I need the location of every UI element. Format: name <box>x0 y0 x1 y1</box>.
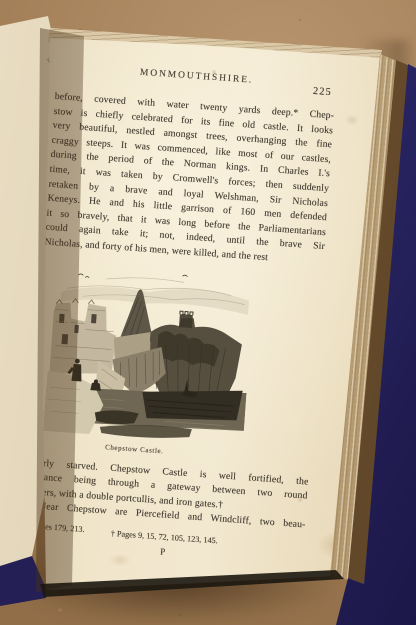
illustration-figure <box>43 261 255 450</box>
body-line: Near Chepstow are Piercefield and Windcl… <box>26 499 306 533</box>
body-line: stow is chiefly celebrated for its fine … <box>53 104 333 138</box>
body-line: it so bravely, that it was long before t… <box>46 206 326 240</box>
paragraph-1: before, covered with water twenty yards … <box>44 90 335 270</box>
footnote-dagger: † Pages 9, 15, 72, 105, 123, 145. <box>24 523 304 552</box>
page-header: MONMOUTHSHIRE. 225 <box>56 62 336 97</box>
figures-on-bank <box>66 358 103 391</box>
birds-icon <box>78 267 187 284</box>
body-line: Nicholas, and forty of his men, were kil… <box>44 235 324 269</box>
body-line: before, covered with water twenty yards … <box>54 90 334 124</box>
paragraph-2: nearly starved. Chepstow Castle is well … <box>26 456 309 534</box>
running-head: MONMOUTHSHIRE. <box>56 62 336 92</box>
page-number: 225 <box>313 86 332 98</box>
engraving-caption: Chepstow Castle. <box>34 438 234 460</box>
body-line: nearly starved. Chepstow Castle is well … <box>29 456 309 490</box>
footnotes: * Pages 179, 213. † Pages 9, 15, 72, 105… <box>24 521 304 553</box>
body-line: entrance being through a gateway between… <box>28 470 308 504</box>
body-line: Keneys. He and his little garrison of 16… <box>47 192 327 226</box>
body-line: could again take it; not, indeed, until … <box>45 221 325 255</box>
body-line: during the period of the Norman kings. I… <box>50 148 330 182</box>
body-line: very beautiful, nestled amongst trees, o… <box>52 119 332 153</box>
body-line: towers, with a double portcullis, and ir… <box>27 485 307 519</box>
body-line: craggy steeps. It was commenced, like mo… <box>51 134 331 168</box>
chepstow-castle-engraving <box>43 261 254 445</box>
body-line: retaken by a brave and loyal Welshman, S… <box>48 177 328 211</box>
right-page-content: MONMOUTHSHIRE. 225 before, covered with … <box>23 50 337 566</box>
body-line: time, it was taken by Cromwell's forces;… <box>49 163 329 197</box>
signature-mark: P <box>23 537 303 567</box>
